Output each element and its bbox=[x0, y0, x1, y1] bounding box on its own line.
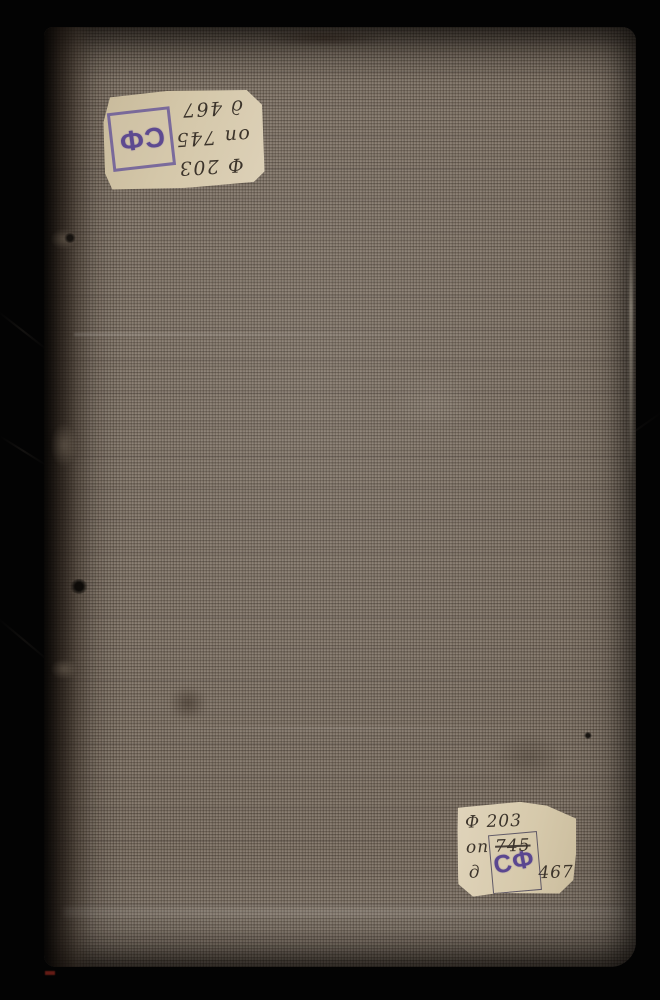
fabric-crease bbox=[64, 907, 624, 917]
sf-stamp: СФ bbox=[489, 838, 538, 886]
delo-value: 467 bbox=[538, 860, 574, 886]
book-spine bbox=[44, 27, 92, 967]
background-scratch bbox=[0, 436, 47, 467]
fabric-crease bbox=[104, 727, 574, 730]
sf-stamp-letters: СФ bbox=[491, 844, 537, 880]
fabric-hole bbox=[70, 579, 88, 594]
fabric-hole bbox=[584, 732, 592, 739]
fabric-stain bbox=[240, 27, 410, 49]
spine-band bbox=[46, 655, 82, 683]
red-fleck bbox=[45, 971, 55, 975]
opis-prefix: оп bbox=[466, 837, 490, 858]
fabric-stain bbox=[484, 727, 574, 787]
fabric-hole bbox=[64, 233, 76, 243]
page-edge-highlight bbox=[629, 232, 633, 482]
photo-scene: Ф 203 оп 745 д 467 СФ Ф 203 оп745 д467 С… bbox=[0, 0, 660, 1000]
fabric-stain bbox=[162, 679, 214, 727]
sf-stamp: СФ bbox=[107, 106, 176, 172]
fabric-highlight bbox=[374, 357, 494, 447]
spine-band bbox=[46, 415, 82, 475]
archival-label-bottom: Ф 203 оп745 д467 СФ bbox=[455, 800, 578, 897]
archival-label-top: Ф 203 оп 745 д 467 СФ bbox=[100, 85, 267, 193]
delo-prefix: д bbox=[468, 860, 481, 885]
background-scratch bbox=[0, 311, 48, 351]
sf-stamp-letters: СФ bbox=[116, 120, 166, 158]
fabric-crease bbox=[74, 333, 594, 336]
